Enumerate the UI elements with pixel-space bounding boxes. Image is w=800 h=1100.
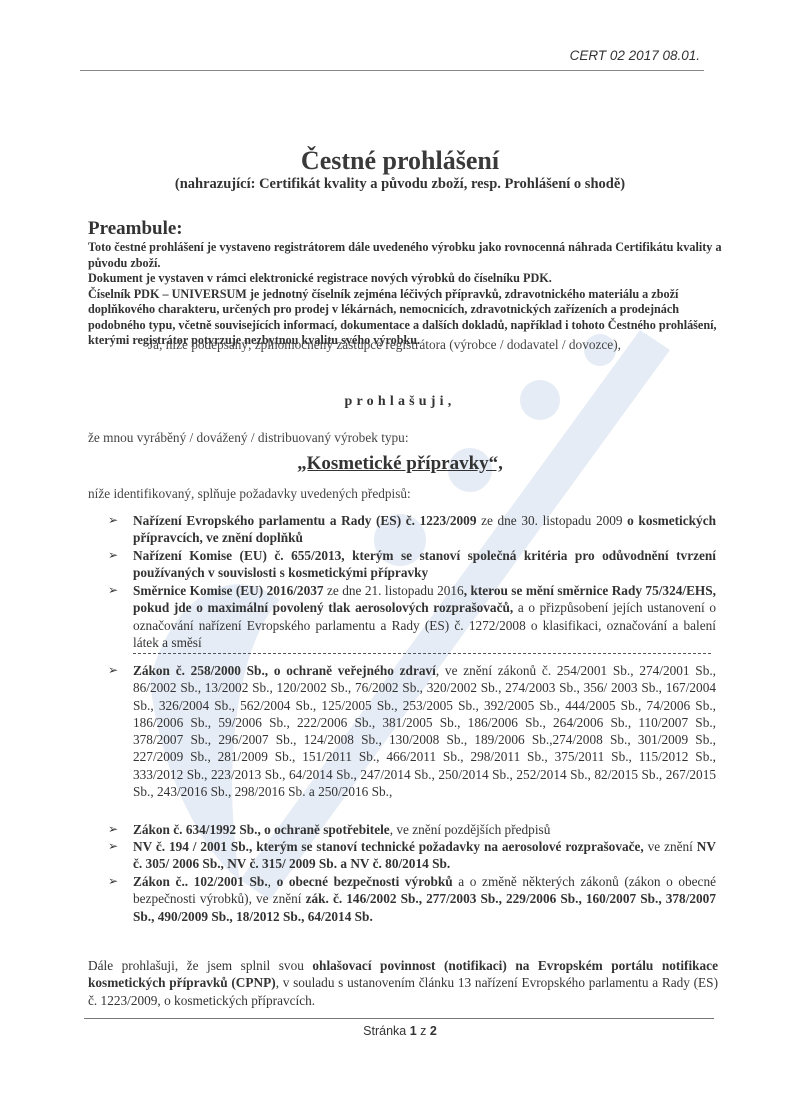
arrowhead-bullet-icon: ➢ xyxy=(108,838,118,855)
arrowhead-bullet-icon: ➢ xyxy=(108,512,118,529)
document-title: Čestné prohlášení xyxy=(0,146,800,176)
page-number: Stránka 1 z 2 xyxy=(0,1024,800,1038)
declaration-intro: Já, níže podepsaný, zplnomocněný zástupc… xyxy=(148,337,621,353)
arrowhead-bullet-icon: ➢ xyxy=(108,547,118,564)
closing-statement: Dále prohlašuji, že jsem splnil svou ohl… xyxy=(88,957,718,1009)
product-type: „Kosmetické přípravky“, xyxy=(0,453,800,475)
regulation-item: ➢ Nařízení Komise (EU) č. 655/2013, kter… xyxy=(133,547,716,582)
preamble-heading: Preambule: xyxy=(88,218,183,240)
preamble-paragraph: Dokument je vystaven v rámci elektronick… xyxy=(88,271,728,287)
regulation-item: ➢ Zákon č. 258/2000 Sb., o ochraně veřej… xyxy=(133,662,716,800)
regulation-item: ➢ Zákon č. 634/1992 Sb., o ochraně spotř… xyxy=(133,821,716,838)
header-divider xyxy=(80,70,704,71)
arrowhead-bullet-icon: ➢ xyxy=(108,662,118,679)
preamble-body: Toto čestné prohlášení je vystaveno regi… xyxy=(88,240,728,349)
regulation-item: ➢ Zákon č.. 102/2001 Sb., o obecné bezpe… xyxy=(133,873,716,925)
footer-divider xyxy=(84,1018,714,1019)
regulation-item: ➢ Směrnice Komise (EU) 2016/2037 ze dne … xyxy=(133,582,716,651)
document-code: CERT 02 2017 08.01. xyxy=(570,48,700,63)
arrowhead-bullet-icon: ➢ xyxy=(108,582,118,599)
document-page: CERT 02 2017 08.01. Čestné prohlášení (n… xyxy=(0,0,800,1100)
regulation-item: ➢ NV č. 194 / 2001 Sb., kterým se stanov… xyxy=(133,838,716,873)
arrowhead-bullet-icon: ➢ xyxy=(108,873,118,890)
arrowhead-bullet-icon: ➢ xyxy=(108,821,118,838)
declaration-verb: prohlašuji, xyxy=(0,394,800,410)
preamble-paragraph: Toto čestné prohlášení je vystaveno regi… xyxy=(88,240,728,271)
regulation-item: ➢ Nařízení Evropského parlamentu a Rady … xyxy=(133,512,716,547)
identified-line: níže identifikovaný, splňuje požadavky u… xyxy=(88,486,411,502)
section-separator xyxy=(133,653,711,654)
document-subtitle: (nahrazující: Certifikát kvality a původ… xyxy=(0,176,800,193)
product-type-line: že mnou vyráběný / dovážený / distribuov… xyxy=(88,430,409,446)
